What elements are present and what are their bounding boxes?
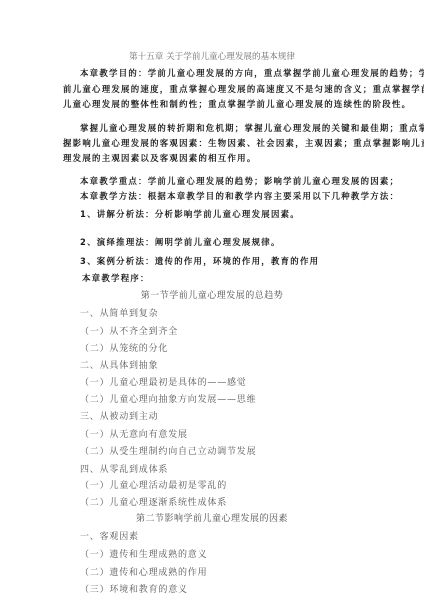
section-1-title: 第一节学前儿童心理发展的总趋势 <box>0 289 424 303</box>
section-2-title: 第二节影响学前儿童心理发展的因素 <box>0 512 424 526</box>
method-item: 2、演绎推理法：阐明学前儿童心理发展规律。 <box>80 235 281 249</box>
procedure-label: 本章教学程序： <box>82 271 150 285</box>
objectives-line: 本章教学目的：学前儿童心理发展的方向，重点掌握学前儿童心理发展的趋势；学 <box>80 66 424 80</box>
outline-item: （三）环境和教育的意义 <box>80 583 188 597</box>
objectives-line: 儿童心理发展的整体性和制约性；重点掌握学前儿童心理发展的连续性的阶段性。 <box>63 97 411 111</box>
outline-item: 四、从零乱到成体系 <box>80 463 168 477</box>
outline-item: （二）从受生理制约向自己立动调节发展 <box>80 445 256 459</box>
objectives-line: 前儿童心理发展的速度，重点掌握心理发展的高速度又不是匀速的含义；重点掌握学前 <box>63 82 424 96</box>
outline-item: （一）儿童心理活动最初是零乱的 <box>80 479 227 493</box>
mastery-line: 理发展的主观因素以及客观因素的相互作用。 <box>63 151 257 165</box>
outline-item: （一）从不齐全到齐全 <box>80 325 178 339</box>
mastery-line: 握影响儿童心理发展的客观因素：生物因素、社会因素，主观因素；重点掌握影响儿童心 <box>63 136 424 150</box>
key-points: 本章教学重点：学前儿童心理发展的趋势；影响学前儿童心理发展的因素； <box>80 174 399 188</box>
outline-item: 一、客观因素 <box>80 530 139 544</box>
method-item: 3、案例分析法：遗传的作用，环境的作用，教育的作用 <box>80 254 319 268</box>
outline-item: （二）遗传和心理成熟的作用 <box>80 566 207 580</box>
outline-item: （二）儿童心理向抽象方向发展——思维 <box>80 393 256 407</box>
mastery-line: 掌握儿童心理发展的转折期和危机期；掌握儿童心理发展的关键和最佳期；重点掌 <box>80 121 424 135</box>
chapter-title: 第十五章 关于学前儿童心理发展的基本规律 <box>0 50 424 64</box>
methods-intro: 本章教学方法：根据本章教学目的和教学内容主要采用以下几种教学方法： <box>80 189 399 203</box>
outline-item: （一）遗传和生理成熟的意义 <box>80 548 207 562</box>
outline-item: （二）儿童心理逐渐系统性成体系 <box>80 496 227 510</box>
outline-item: （二）从笼统的分化 <box>80 342 168 356</box>
document-page: 第十五章 关于学前儿童心理发展的基本规律 本章教学目的：学前儿童心理发展的方向，… <box>0 0 424 600</box>
method-item: 1、讲解分析法：分析影响学前儿童心理发展因素。 <box>80 207 300 221</box>
outline-item: 三、从被动到主动 <box>80 410 158 424</box>
outline-item: （一）儿童心理最初是具体的——感觉 <box>80 376 247 390</box>
outline-item: 一、从简单到复杂 <box>80 307 158 321</box>
outline-item: （一）从无意向有意发展 <box>80 428 188 442</box>
outline-item: 二、从具体到抽象 <box>80 359 158 373</box>
